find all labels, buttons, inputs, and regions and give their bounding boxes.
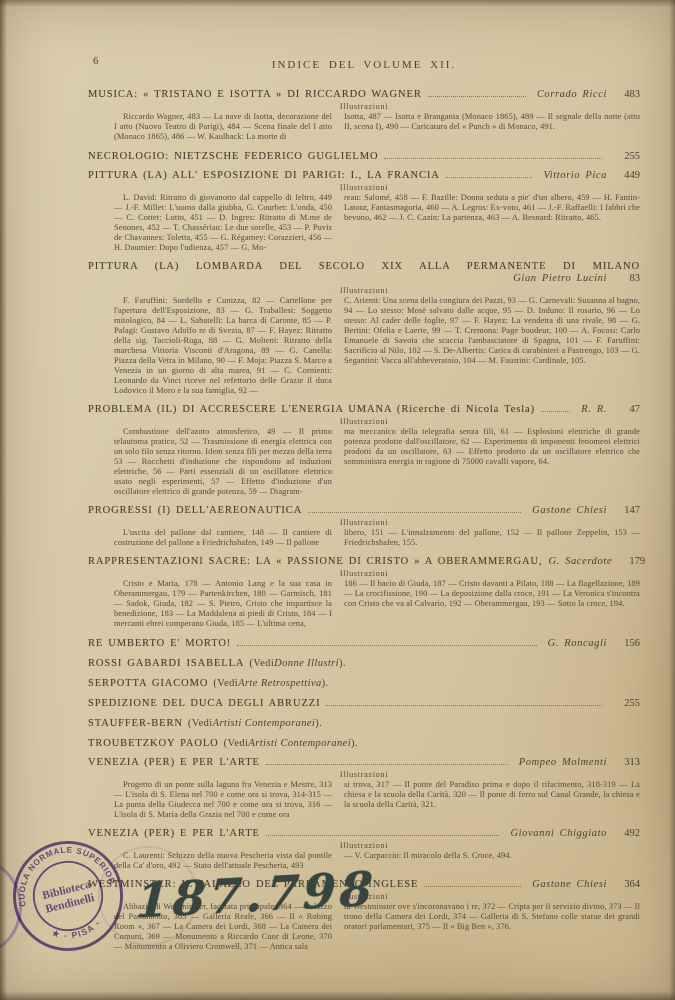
- entry-heading-row: TROUBETZKOY PAOLO(Vedi Artisti Contempor…: [88, 738, 640, 749]
- entry-dotted-leader: [428, 96, 526, 97]
- illustrations-label: Illustrazioni: [88, 102, 640, 111]
- entry-title: RE UMBERTO E' MORTO!: [88, 638, 231, 649]
- entry-see-also: (Vedi: [224, 738, 249, 749]
- index-entry: NECROLOGIO: NIETZSCHE FEDERICO GUGLIELMO…: [88, 151, 640, 162]
- index-entry: VENEZIA (PER) E PER L'ARTEPompeo Molment…: [88, 757, 640, 820]
- entry-title: PROGRESSI (I) DELL'AEREONAUTICA: [88, 505, 302, 516]
- entry-dotted-leader: [237, 645, 536, 646]
- entry-heading-row: PITTURA (LA) LOMBARDA DEL SECOLO XIX ALL…: [88, 261, 640, 272]
- page-header: 6 INDICE DEL VOLUME XII.: [88, 55, 640, 69]
- illustrations-label: Illustrazioni: [88, 286, 640, 295]
- entry-author: Vittorio Pica: [543, 170, 607, 181]
- entry-title: PROBLEMA (IL) DI ACCRESCERE L'ENERGIA UM…: [88, 404, 535, 415]
- illustrations-label: Illustrazioni: [88, 518, 640, 527]
- index-entries: MUSICA: « TRISTANO E ISOTTA » DI RICCARD…: [88, 89, 640, 952]
- entry-author: G. Sacerdote: [548, 556, 612, 567]
- entry-title: SERPOTTA GIACOMO: [88, 678, 208, 689]
- entry-heading-row: STAUFFER-BERN(Vedi Artisti Contemporanei…: [88, 718, 640, 729]
- index-entry: ROSSI GABARDI ISABELLA(Vedi Donne Illust…: [88, 658, 640, 669]
- entry-page-number: 492: [614, 828, 640, 839]
- entry-dotted-leader: [266, 835, 500, 836]
- illustration-columns: F. Faruffini: Sordello e Cunizza, 82 — C…: [114, 296, 640, 396]
- entry-see-also: ).: [339, 658, 346, 669]
- illustration-column-left: L'uscita del pallone dal cantiere, 148 —…: [114, 528, 332, 548]
- index-entry: SERPOTTA GIACOMO(Vedi Arte Retrospettiva…: [88, 678, 640, 689]
- index-entry: STAUFFER-BERN(Vedi Artisti Contemporanei…: [88, 718, 640, 729]
- entry-see-also: (Vedi: [188, 718, 213, 729]
- entry-author: Giovanni Chiggiato: [510, 828, 607, 839]
- entry-page-number: 255: [614, 698, 640, 709]
- illustration-column-left: Progetto di un ponte sulla laguna fra Ve…: [114, 780, 332, 820]
- entry-page-number: 313: [614, 757, 640, 768]
- index-entry: MUSICA: « TRISTANO E ISOTTA » DI RICCARD…: [88, 89, 640, 142]
- entry-see-also-ref: Artisti Contemporanei: [248, 738, 351, 749]
- entry-author: Gastone Chiesi: [532, 879, 607, 890]
- folio-number: 6: [93, 55, 99, 67]
- illustration-column-left: Riccardo Wagner, 483 — La nave di Isotta…: [114, 112, 332, 142]
- entry-author: Gian Pietro Lucini: [513, 273, 607, 284]
- entry-author: G. Roncagli: [548, 638, 607, 649]
- illustration-column-right: si trova, 317 — Il ponte del Paradiso pr…: [344, 780, 640, 820]
- illustration-column-right: ma meccanico della telegrafia senza fili…: [344, 427, 640, 497]
- entry-heading-row: PROGRESSI (I) DELL'AEREONAUTICAGastone C…: [88, 505, 640, 516]
- entry-page-number: 364: [614, 879, 640, 890]
- illustration-columns: Riccardo Wagner, 483 — La nave di Isotta…: [114, 112, 640, 142]
- entry-dotted-leader: [308, 512, 521, 513]
- entry-title: PITTURA (LA) LOMBARDA DEL SECOLO XIX ALL…: [88, 261, 640, 272]
- entry-title: RAPPRESENTAZIONI SACRE: LA « PASSIONE DI…: [88, 556, 542, 567]
- entry-heading-row: ROSSI GABARDI ISABELLA(Vedi Donne Illust…: [88, 658, 640, 669]
- entry-title: STAUFFER-BERN: [88, 718, 183, 729]
- illustration-columns: Combustione dell'azoto atmosferico, 49 —…: [114, 427, 640, 497]
- illustration-column-right: 186 — Il bacio di Giuda, 187 — Cristo da…: [344, 579, 640, 629]
- entry-author: Gastone Chiesi: [532, 505, 607, 516]
- running-head: INDICE DEL VOLUME XII.: [272, 59, 456, 71]
- entry-title: NECROLOGIO: NIETZSCHE FEDERICO GUGLIELMO: [88, 151, 378, 162]
- entry-heading-row: NECROLOGIO: NIETZSCHE FEDERICO GUGLIELMO…: [88, 151, 640, 162]
- illustration-column-left: Combustione dell'azoto atmosferico, 49 —…: [114, 427, 332, 497]
- entry-heading-row: RE UMBERTO E' MORTO!G. Roncagli156: [88, 638, 640, 649]
- entry-heading-row: SERPOTTA GIACOMO(Vedi Arte Retrospettiva…: [88, 678, 640, 689]
- index-entry: SPEDIZIONE DEL DUCA DEGLI ABRUZZI255: [88, 698, 640, 709]
- illustrations-label: Illustrazioni: [88, 417, 640, 426]
- index-entry: PITTURA (LA) LOMBARDA DEL SECOLO XIX ALL…: [88, 261, 640, 396]
- entry-dotted-leader: [424, 886, 521, 887]
- entry-title: ROSSI GABARDI ISABELLA: [88, 658, 244, 669]
- index-entry: RAPPRESENTAZIONI SACRE: LA « PASSIONE DI…: [88, 556, 640, 629]
- entry-author: R. R.: [581, 404, 607, 415]
- entry-see-also-ref: Artisti Contemporanei: [213, 718, 316, 729]
- illustration-column-right: C. Arienti: Una scena della congiura dei…: [344, 296, 640, 396]
- illustration-column-right: libero, 151 — L'innalzamento del pallone…: [344, 528, 640, 548]
- illustration-column-left: Cristo e Maria, 178 — Antonio Lang e la …: [114, 579, 332, 629]
- entry-title: TROUBETZKOY PAOLO: [88, 738, 219, 749]
- entry-see-also: (Vedi: [213, 678, 238, 689]
- index-entry: PROGRESSI (I) DELL'AEREONAUTICAGastone C…: [88, 505, 640, 548]
- scanned-index-page: 6 INDICE DEL VOLUME XII. MUSICA: « TRIST…: [0, 0, 675, 1000]
- illustrations-label: Illustrazioni: [88, 569, 640, 578]
- page-content: 6 INDICE DEL VOLUME XII. MUSICA: « TRIST…: [88, 55, 640, 952]
- entry-title: VENEZIA (PER) E PER L'ARTE: [88, 757, 260, 768]
- entry-dotted-leader: [326, 705, 602, 706]
- entry-title: SPEDIZIONE DEL DUCA DEGLI ABRUZZI: [88, 698, 320, 709]
- illustration-column-right: Isotta, 487 — Isotta e Brangania (Monaco…: [344, 112, 640, 142]
- entry-author: Pompeo Molmenti: [519, 757, 607, 768]
- index-entry: PROBLEMA (IL) DI ACCRESCERE L'ENERGIA UM…: [88, 404, 640, 497]
- entry-page-number: 83: [614, 273, 640, 284]
- illustration-column-right: reau: Salomé, 458 — F. Bazille: Donna se…: [344, 193, 640, 253]
- illustration-column-right: — V. Carpaccio: Il miracolo della S. Cro…: [344, 851, 640, 871]
- entry-page-number: 483: [614, 89, 640, 100]
- entry-heading-row: RAPPRESENTAZIONI SACRE: LA « PASSIONE DI…: [88, 556, 640, 567]
- entry-heading-row: PITTURA (LA) ALL' ESPOSIZIONE DI PARIGI:…: [88, 170, 640, 181]
- entry-page-number: 47: [614, 404, 640, 415]
- entry-page-number: 449: [614, 170, 640, 181]
- entry-dotted-leader: [384, 158, 602, 159]
- entry-title: MUSICA: « TRISTANO E ISOTTA » DI RICCARD…: [88, 89, 422, 100]
- entry-title: PITTURA (LA) ALL' ESPOSIZIONE DI PARIGI:…: [88, 170, 440, 181]
- index-entry: PITTURA (LA) ALL' ESPOSIZIONE DI PARIGI:…: [88, 170, 640, 253]
- entry-page-number: 255: [614, 151, 640, 162]
- index-entry: TROUBETZKOY PAOLO(Vedi Artisti Contempor…: [88, 738, 640, 749]
- illustration-column-left: F. Faruffini: Sordello e Cunizza, 82 — C…: [114, 296, 332, 396]
- entry-see-also: ).: [351, 738, 358, 749]
- illustration-columns: Cristo e Maria, 178 — Antonio Lang e la …: [114, 579, 640, 629]
- entry-author-row: Gian Pietro Lucini83: [88, 273, 640, 284]
- illustration-column-right: di Westminster ove s'incoronavano i re, …: [344, 902, 640, 952]
- entry-see-also-ref: Arte Retrospettiva: [238, 678, 322, 689]
- entry-heading-row: MUSICA: « TRISTANO E ISOTTA » DI RICCARD…: [88, 89, 640, 100]
- illustrations-label: Illustrazioni: [88, 770, 640, 779]
- index-entry: RE UMBERTO E' MORTO!G. Roncagli156: [88, 638, 640, 649]
- illustration-columns: Progetto di un ponte sulla laguna fra Ve…: [114, 780, 640, 820]
- illustration-columns: L. David: Ritratto di giovanotto dal cap…: [114, 193, 640, 253]
- illustrations-label: Illustrazioni: [88, 183, 640, 192]
- entry-dotted-leader: [541, 411, 570, 412]
- illustrations-label: Illustrazioni: [88, 841, 640, 850]
- entry-heading-row: VENEZIA (PER) E PER L'ARTEGiovanni Chigg…: [88, 828, 640, 839]
- entry-page-number: 179: [619, 556, 645, 567]
- entry-dotted-leader: [266, 764, 508, 765]
- entry-dotted-leader: [446, 177, 533, 178]
- entry-see-also: ).: [315, 718, 322, 729]
- entry-heading-row: SPEDIZIONE DEL DUCA DEGLI ABRUZZI255: [88, 698, 640, 709]
- illustration-column-left: L. David: Ritratto di giovanotto dal cap…: [114, 193, 332, 253]
- entry-see-also: (Vedi: [249, 658, 274, 669]
- entry-author: Corrado Ricci: [537, 89, 607, 100]
- illustration-columns: L'uscita del pallone dal cantiere, 148 —…: [114, 528, 640, 548]
- entry-see-also: ).: [322, 678, 329, 689]
- entry-heading-row: VENEZIA (PER) E PER L'ARTEPompeo Molment…: [88, 757, 640, 768]
- entry-heading-row: PROBLEMA (IL) DI ACCRESCERE L'ENERGIA UM…: [88, 404, 640, 415]
- entry-see-also-ref: Donne Illustri: [274, 658, 339, 669]
- entry-page-number: 156: [614, 638, 640, 649]
- entry-page-number: 147: [614, 505, 640, 516]
